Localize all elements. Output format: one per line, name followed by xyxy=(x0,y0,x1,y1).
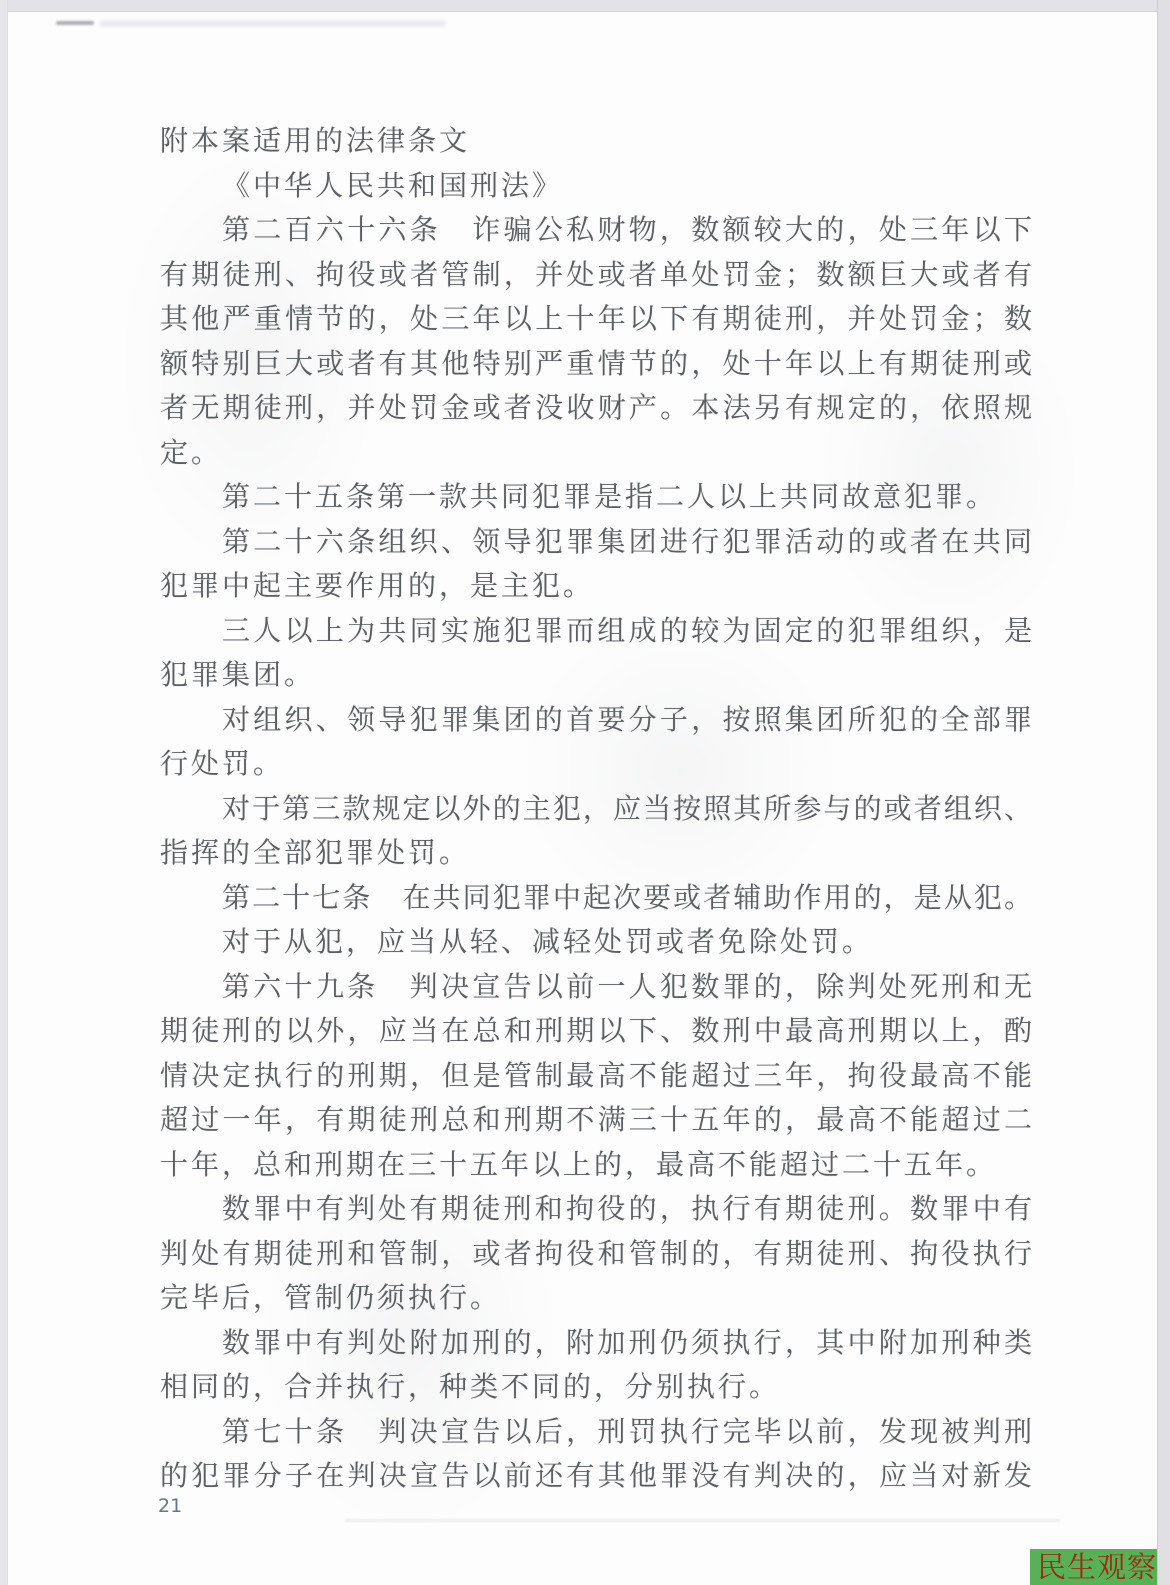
text-line: 额特别巨大或者有其他特别严重情节的，处十年以上有期徒刑或 xyxy=(160,342,1032,387)
page-number: 21 xyxy=(158,1494,182,1518)
scan-edge-left xyxy=(0,0,8,1585)
text-line: 第二十六条组织、领导犯罪集团进行犯罪活动的或者在共同 xyxy=(160,520,1032,565)
text-line: 对于第三款规定以外的主犯，应当按照其所参与的或者组织、 xyxy=(160,787,1032,832)
text-line: 对组织、领导犯罪集团的首要分子，按照集团所犯的全部罪 xyxy=(160,698,1032,743)
text-line: 有期徒刑、拘役或者管制，并处或者单处罚金；数额巨大或者有 xyxy=(160,253,1032,298)
scanned-document-page: 附本案适用的法律条文《中华人民共和国刑法》第二百六十六条 诈骗公私财物，数额较大… xyxy=(0,0,1170,1585)
text-line: 犯罪中起主要作用的，是主犯。 xyxy=(160,564,1032,609)
text-line: 行处罚。 xyxy=(160,742,1032,787)
text-line: 期徒刑的以外，应当在总和刑期以下、数刑中最高刑期以上，酌 xyxy=(160,1009,1032,1054)
scan-edge-top xyxy=(0,0,1170,12)
text-line: 三人以上为共同实施犯罪而组成的较为固定的犯罪组织，是 xyxy=(160,609,1032,654)
text-line: 《中华人民共和国刑法》 xyxy=(160,164,1032,209)
text-line: 指挥的全部犯罪处罚。 xyxy=(160,831,1032,876)
scan-smudge-dash xyxy=(56,21,94,25)
text-line: 数罪中有判处附加刑的，附加刑仍须执行，其中附加刑种类 xyxy=(160,1321,1032,1366)
text-line: 情决定执行的刑期，但是管制最高不能超过三年，拘役最高不能 xyxy=(160,1054,1032,1099)
text-line: 数罪中有判处有期徒刑和拘役的，执行有期徒刑。数罪中有 xyxy=(160,1187,1032,1232)
text-line: 第二十五条第一款共同犯罪是指二人以上共同故意犯罪。 xyxy=(160,475,1032,520)
scan-smudge-streak xyxy=(100,21,445,26)
text-line: 相同的，合并执行，种类不同的，分别执行。 xyxy=(160,1365,1032,1410)
watermark-text: 民生观察 xyxy=(1037,1550,1157,1584)
text-line: 完毕后，管制仍须执行。 xyxy=(160,1276,1032,1321)
text-line: 超过一年，有期徒刑总和刑期不满三十五年的，最高不能超过二 xyxy=(160,1098,1032,1143)
scan-smudge-line xyxy=(345,1519,1060,1522)
text-line: 犯罪集团。 xyxy=(160,653,1032,698)
text-line: 的犯罪分子在判决宣告以前还有其他罪没有判决的，应当对新发 xyxy=(160,1454,1032,1499)
text-line: 第六十九条 判决宣告以前一人犯数罪的，除判处死刑和无 xyxy=(160,965,1032,1010)
text-line: 对于从犯，应当从轻、减轻处罚或者免除处罚。 xyxy=(160,920,1032,965)
text-line: 附本案适用的法律条文 xyxy=(160,119,1032,164)
text-line: 其他严重情节的，处三年以上十年以下有期徒刑，并处罚金；数 xyxy=(160,297,1032,342)
watermark-badge: 民生观察 xyxy=(1030,1549,1164,1585)
legal-text-block: 附本案适用的法律条文《中华人民共和国刑法》第二百六十六条 诈骗公私财物，数额较大… xyxy=(160,119,1032,1499)
scan-edge-right xyxy=(1157,0,1170,1585)
text-line: 判处有期徒刑和管制，或者拘役和管制的，有期徒刑、拘役执行 xyxy=(160,1232,1032,1277)
text-line: 第七十条 判决宣告以后，刑罚执行完毕以前，发现被判刑 xyxy=(160,1410,1032,1455)
text-line: 十年，总和刑期在三十五年以上的，最高不能超过二十五年。 xyxy=(160,1143,1032,1188)
text-line: 者无期徒刑，并处罚金或者没收财产。本法另有规定的，依照规 xyxy=(160,386,1032,431)
text-line: 第二百六十六条 诈骗公私财物，数额较大的，处三年以下 xyxy=(160,208,1032,253)
text-line: 定。 xyxy=(160,431,1032,476)
text-line: 第二十七条 在共同犯罪中起次要或者辅助作用的，是从犯。 xyxy=(160,876,1032,921)
